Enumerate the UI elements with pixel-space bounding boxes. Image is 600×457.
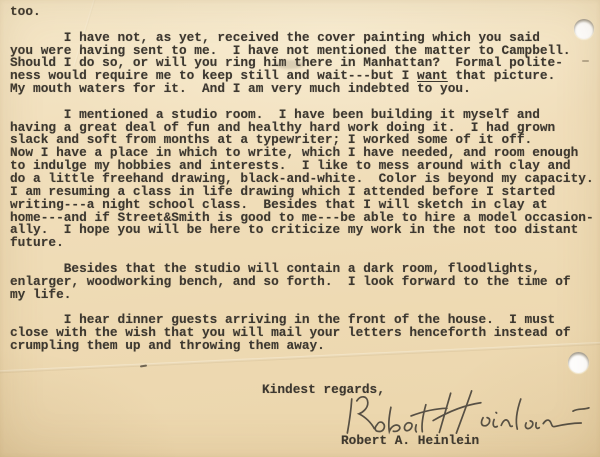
letter-line: ally. I hope you will be here to critici… [10, 224, 594, 237]
letter-line: enlarger, woodworking bench, and so fort… [10, 276, 594, 289]
typed-signature: Robert A. Heinlein [341, 435, 479, 448]
letter-line: my life. [10, 289, 594, 302]
letter-line: future. [10, 237, 594, 250]
ink-smudge-faint [276, 60, 304, 69]
letter-paragraph: I mentioned a studio room. I have been b… [10, 109, 594, 250]
letter-line: My mouth waters for it. And I am very mu… [10, 83, 594, 96]
letter-page: too. I have not, as yet, received the co… [0, 0, 600, 457]
letter-body: too. I have not, as yet, received the co… [10, 6, 594, 353]
punch-hole-bottom [568, 352, 589, 373]
punch-hole-top [574, 19, 594, 39]
ink-smudge-dash [140, 365, 147, 368]
letter-paragraph: too. [10, 6, 594, 19]
hyphen-ghost-mark [582, 60, 589, 62]
letter-line: too. [10, 6, 594, 19]
letter-paragraph: Besides that the studio will contain a d… [10, 263, 594, 302]
